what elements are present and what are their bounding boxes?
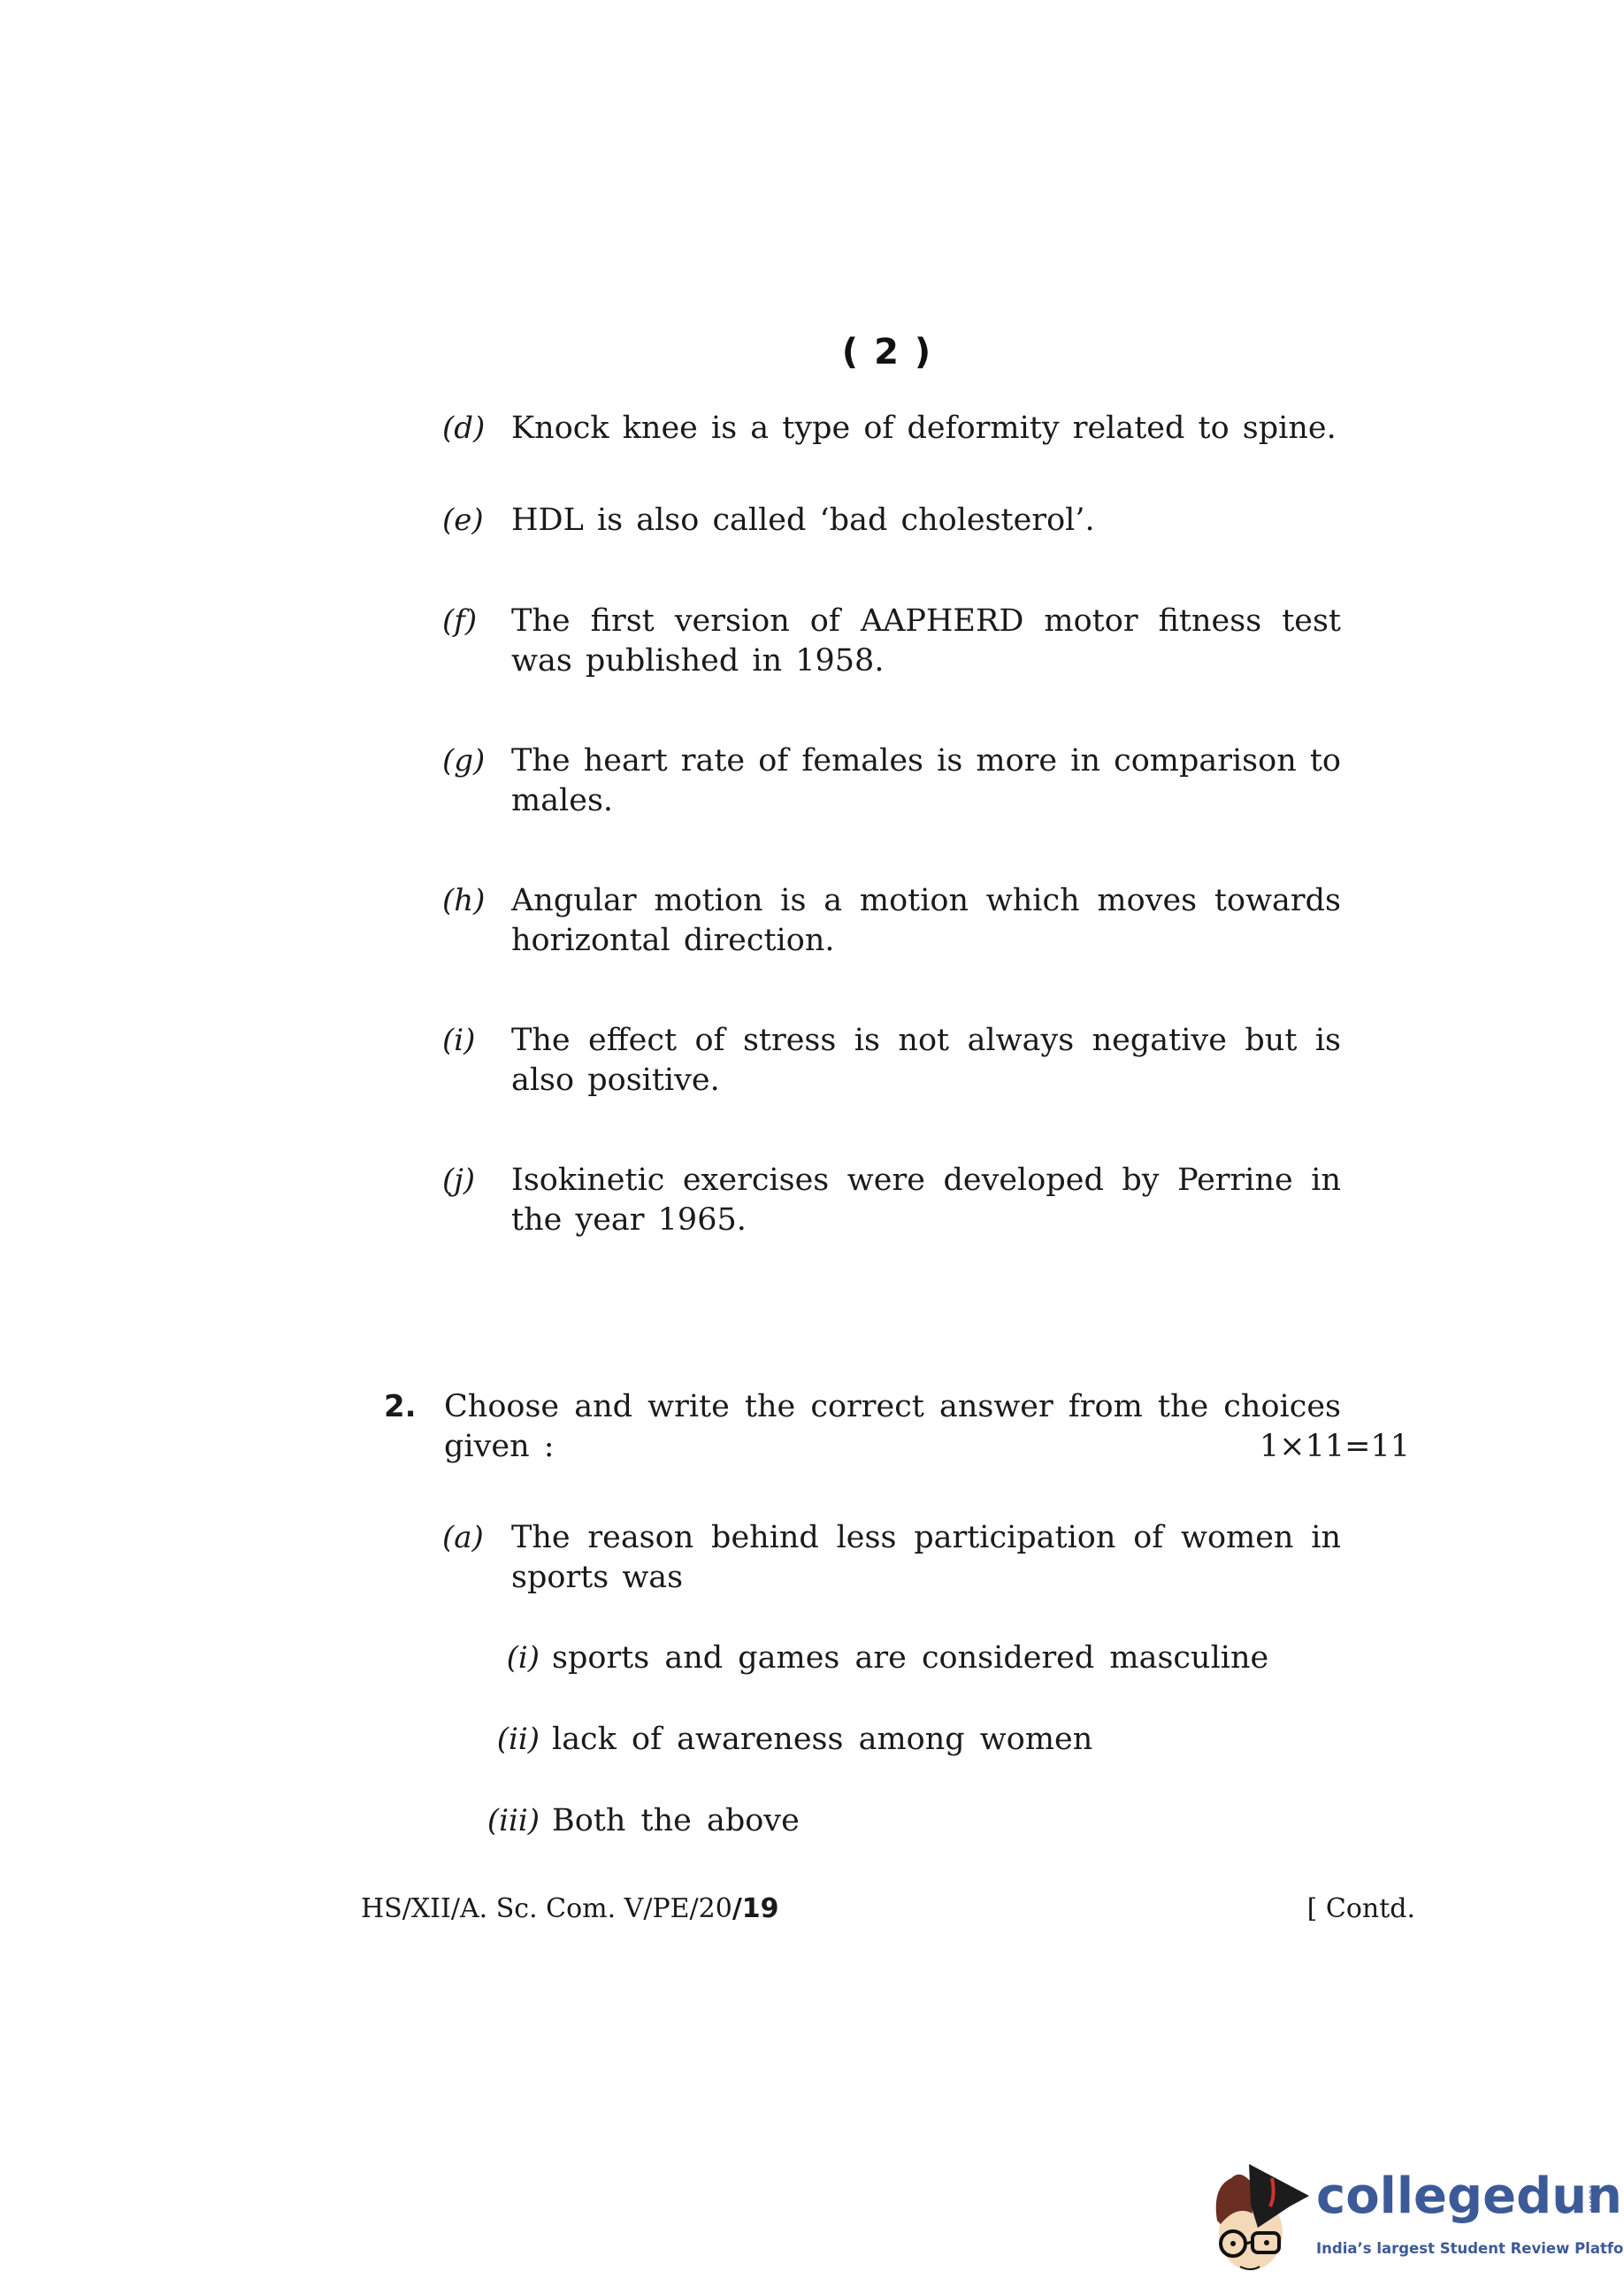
statement-h: (h) Angular motion is a motion which mov… [442,881,1341,961]
paper-code-suffix: /19 [732,1893,779,1924]
option-iii: (iii)Both the above [478,1801,800,1841]
statement-text: Knock knee is a type of deformity relate… [511,409,1341,449]
statement-j: (j) Isokinetic exercises were developed … [442,1161,1341,1240]
sub-question-label: (a) [442,1518,484,1558]
close-paren: ) [900,332,946,372]
option-ii: (ii)lack of awareness among women [478,1720,1092,1760]
marks-allocation: 1×11=11 [1260,1427,1410,1467]
question-text: Choose and write the correct answer from… [444,1387,1341,1467]
statement-text: Angular motion is a motion which moves t… [511,881,1341,961]
statement-text: HDL is also called ‘bad cholesterol’. [511,501,1341,541]
statement-label: (e) [442,501,484,541]
option-text: lack of awareness among women [552,1722,1092,1757]
statement-text: Isokinetic exercises were developed by P… [511,1161,1341,1240]
statement-text: The heart rate of females is more in com… [511,741,1341,821]
collegedunia-watermark: collegedunia .com India’s largest Studen… [1205,2152,1620,2275]
brand-domain: .com [1587,2185,1599,2211]
statement-g: (g) The heart rate of females is more in… [442,741,1341,821]
continued-marker: [ Contd. [1307,1893,1415,1924]
sub-question-text: The reason behind less participation of … [511,1518,1341,1598]
statement-label: (g) [442,741,485,781]
option-i: (i)sports and games are considered mascu… [478,1638,1268,1678]
paper-code-prefix: HS/XII/A. Sc. Com. V/PE/20 [361,1893,732,1924]
statement-label: (f) [442,602,477,641]
statement-f: (f) The first version of AAPHERD motor f… [442,602,1341,681]
option-label: (iii) [478,1801,552,1841]
statement-i: (i) The effect of stress is not always n… [442,1021,1341,1101]
statement-label: (d) [442,409,485,449]
statement-label: (i) [442,1021,475,1061]
question-2: 2. Choose and write the correct answer f… [384,1387,1410,1467]
statement-text: The effect of stress is not always negat… [511,1021,1341,1101]
page-number-value: 2 [874,332,900,372]
option-label: (ii) [478,1720,552,1760]
student-mascot-icon [1205,2152,1314,2275]
question-number: 2. [384,1387,417,1427]
page-number: (2) [0,332,1624,372]
brand-tagline: India’s largest Student Review Platform [1316,2240,1624,2257]
option-label: (i) [478,1638,552,1678]
statement-label: (j) [442,1161,475,1201]
statement-d: (d) Knock knee is a type of deformity re… [442,409,1341,449]
paper-code: HS/XII/A. Sc. Com. V/PE/20/19 [361,1893,779,1924]
option-text: sports and games are considered masculin… [552,1640,1268,1676]
option-text: Both the above [552,1803,800,1838]
question-2a: (a) The reason behind less participation… [442,1518,1341,1598]
statement-label: (h) [442,881,485,921]
statement-e: (e) HDL is also called ‘bad cholesterol’… [442,501,1341,541]
brand-name: collegedunia [1316,2168,1624,2225]
statement-text: The first version of AAPHERD motor fitne… [511,602,1341,681]
open-paren: ( [828,332,874,372]
